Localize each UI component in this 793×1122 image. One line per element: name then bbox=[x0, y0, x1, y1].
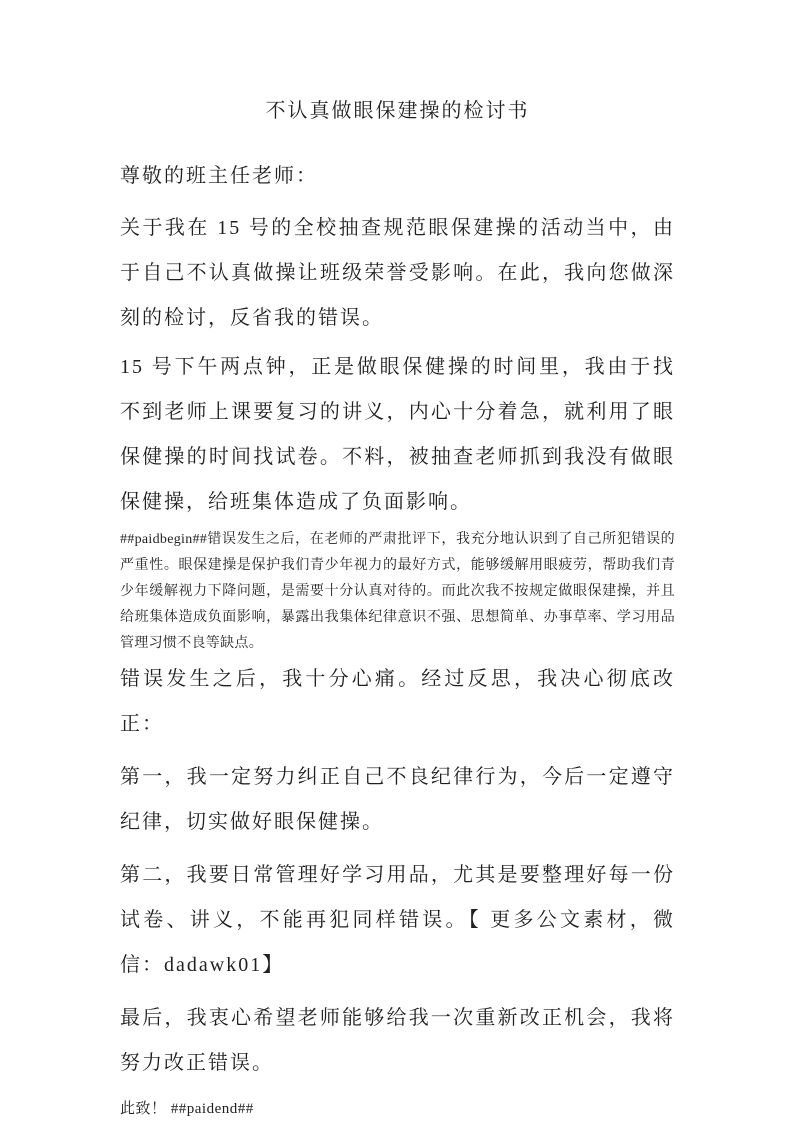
body-paragraph-incident: 15 号下午两点钟，正是做眼保健操的时间里，我由于找不到老师上课要复习的讲义，内… bbox=[120, 345, 675, 525]
body-paragraph-final: 最后，我衷心希望老师能够给我一次重新改正机会，我将努力改正错误。 bbox=[120, 996, 675, 1086]
salutation-line: 尊敬的班主任老师： bbox=[120, 161, 675, 191]
document-title: 不认真做眼保建操的检讨书 bbox=[120, 96, 675, 126]
body-paragraph-resolve: 错误发生之后，我十分心痛。经过反思，我决心彻底改正： bbox=[120, 657, 675, 747]
body-paragraph-reflection-small: ##paidbegin##错误发生之后，在老师的严肃批评下，我充分地认识到了自己… bbox=[120, 527, 675, 657]
body-paragraph-point-two: 第二，我要日常管理好学习用品，尤其是要整理好每一份试卷、讲义，不能再犯同样错误。… bbox=[120, 853, 675, 988]
closing-line: 此致！ ##paidend## bbox=[120, 1096, 675, 1122]
body-paragraph-intro: 关于我在 15 号的全校抽查规范眼保建操的活动当中，由于自己不认真做操让班级荣誉… bbox=[120, 206, 675, 341]
document-page: 不认真做眼保建操的检讨书 尊敬的班主任老师： 关于我在 15 号的全校抽查规范眼… bbox=[0, 0, 793, 1122]
body-paragraph-point-one: 第一，我一定努力纠正自己不良纪律行为，今后一定遵守纪律，切实做好眼保健操。 bbox=[120, 755, 675, 845]
